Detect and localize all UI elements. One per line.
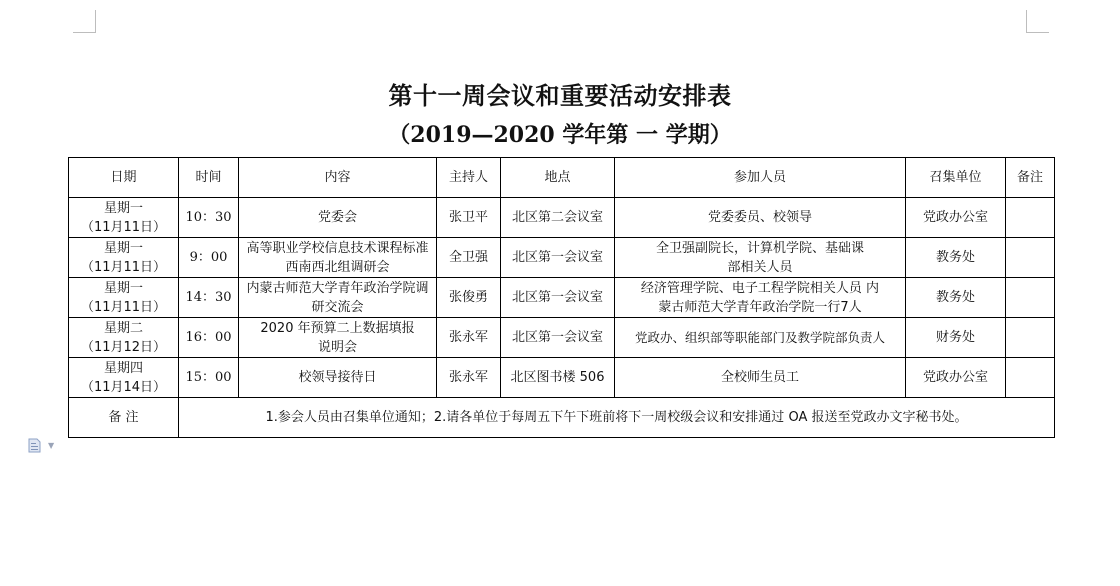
weekday: 星期二 [69, 319, 178, 338]
document-icon[interactable] [28, 438, 41, 453]
attendees-cell: 党委委员、校领导 [615, 198, 906, 238]
date: （11月14日） [69, 378, 178, 397]
time-cell: 16：00 [179, 318, 239, 358]
time-cell: 10：30 [179, 198, 239, 238]
organizer-cell: 财务处 [906, 318, 1006, 358]
header-remark: 备注 [1006, 158, 1055, 198]
table-row: 星期四（11月14日） 15：00 校领导接待日 张永军 北区图书楼 506 全… [69, 358, 1055, 398]
date: （11月11日） [69, 258, 178, 277]
organizer-cell: 教务处 [906, 278, 1006, 318]
attendees-cell: 经济管理学院、电子工程学院相关人员 内蒙古师范大学青年政治学院一行7人 [615, 278, 906, 318]
date: （11月11日） [69, 298, 178, 317]
remark-cell [1006, 278, 1055, 318]
content-cell: 2020 年预算二上数据填报说明会 [239, 318, 437, 358]
location-cell: 北区第一会议室 [501, 318, 615, 358]
header-host: 主持人 [437, 158, 501, 198]
host-cell: 张永军 [437, 358, 501, 398]
chevron-down-icon[interactable]: ▼ [48, 441, 54, 450]
location-cell: 北区第一会议室 [501, 278, 615, 318]
organizer-cell: 教务处 [906, 238, 1006, 278]
header-attendees: 参加人员 [615, 158, 906, 198]
organizer-cell: 党政办公室 [906, 358, 1006, 398]
location-cell: 北区图书楼 506 [501, 358, 615, 398]
table-row: 星期一（11月11日） 14：30 内蒙古师范大学青年政治学院调研交流会 张俊勇… [69, 278, 1055, 318]
table-header-row: 日期 时间 内容 主持人 地点 参加人员 召集单位 备注 [69, 158, 1055, 198]
table-row: 星期二（11月12日） 16：00 2020 年预算二上数据填报说明会 张永军 … [69, 318, 1055, 358]
date: （11月12日） [69, 338, 178, 357]
schedule-table: 日期 时间 内容 主持人 地点 参加人员 召集单位 备注 星期一（11月11日）… [68, 157, 1055, 438]
host-cell: 张俊勇 [437, 278, 501, 318]
weekday: 星期一 [69, 239, 178, 258]
header-time: 时间 [179, 158, 239, 198]
weekday: 星期一 [69, 279, 178, 298]
attendees-cell: 全校师生员工 [615, 358, 906, 398]
document-title: 第十一周会议和重要活动安排表 [0, 76, 1120, 111]
table-row: 星期一（11月11日） 10：30 党委会 张卫平 北区第二会议室 党委委员、校… [69, 198, 1055, 238]
table-footer-row: 备 注 1.参会人员由召集单位通知；2.请各单位于每周五下午下班前将下一周校级会… [69, 398, 1055, 438]
date-cell: 星期一（11月11日） [69, 198, 179, 238]
header-organizer: 召集单位 [906, 158, 1006, 198]
date-cell: 星期二（11月12日） [69, 318, 179, 358]
location-cell: 北区第一会议室 [501, 238, 615, 278]
page-corner-mark-left [73, 10, 96, 33]
document-subtitle: （2019—2020 学年第 一 学期） [0, 118, 1120, 149]
time-cell: 15：00 [179, 358, 239, 398]
location-cell: 北区第二会议室 [501, 198, 615, 238]
table-row: 星期一（11月11日） 9：00 高等职业学校信息技术课程标准西南西北组调研会 … [69, 238, 1055, 278]
content-cell: 党委会 [239, 198, 437, 238]
host-cell: 全卫强 [437, 238, 501, 278]
date: （11月11日） [69, 218, 178, 237]
footer-label: 备 注 [69, 398, 179, 438]
organizer-cell: 党政办公室 [906, 198, 1006, 238]
header-content: 内容 [239, 158, 437, 198]
remark-cell [1006, 358, 1055, 398]
attendees-cell: 党政办、组织部等职能部门及教学院部负责人 [615, 318, 906, 358]
footer-note: 1.参会人员由召集单位通知；2.请各单位于每周五下午下班前将下一周校级会议和安排… [179, 398, 1055, 438]
remark-cell [1006, 198, 1055, 238]
content-cell: 校领导接待日 [239, 358, 437, 398]
host-cell: 张卫平 [437, 198, 501, 238]
date-cell: 星期四（11月14日） [69, 358, 179, 398]
attendees-cell: 全卫强副院长，计算机学院、基础课部相关人员 [615, 238, 906, 278]
remark-cell [1006, 318, 1055, 358]
host-cell: 张永军 [437, 318, 501, 358]
weekday: 星期四 [69, 359, 178, 378]
date-cell: 星期一（11月11日） [69, 278, 179, 318]
remark-cell [1006, 238, 1055, 278]
page-corner-mark-right [1026, 10, 1049, 33]
weekday: 星期一 [69, 199, 178, 218]
time-cell: 14：30 [179, 278, 239, 318]
time-cell: 9：00 [179, 238, 239, 278]
content-cell: 高等职业学校信息技术课程标准西南西北组调研会 [239, 238, 437, 278]
content-cell: 内蒙古师范大学青年政治学院调研交流会 [239, 278, 437, 318]
date-cell: 星期一（11月11日） [69, 238, 179, 278]
header-location: 地点 [501, 158, 615, 198]
header-date: 日期 [69, 158, 179, 198]
